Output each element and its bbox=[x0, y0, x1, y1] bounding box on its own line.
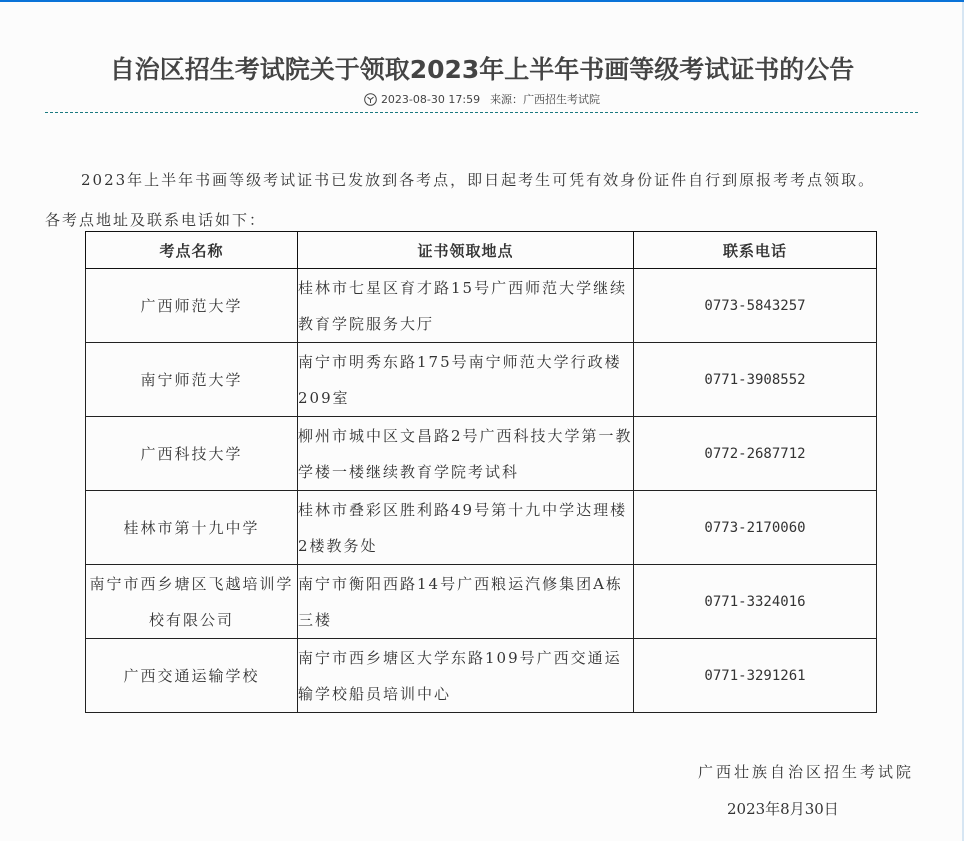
table-header-row: 考点名称 证书领取地点 联系电话 bbox=[86, 232, 877, 269]
dashed-divider bbox=[45, 112, 918, 113]
site-name: 南宁师范大学 bbox=[86, 343, 298, 417]
signature-org: 广西壮族自治区招生考试院 bbox=[698, 761, 914, 782]
site-name: 南宁市西乡塘区飞越培训学校有限公司 bbox=[86, 565, 298, 639]
top-accent-bar bbox=[0, 0, 964, 2]
table-row: 南宁师范大学 南宁市明秀东路175号南宁师范大学行政楼209室 0771-390… bbox=[86, 343, 877, 417]
site-address: 南宁市西乡塘区大学东路109号广西交通运输学校船员培训中心 bbox=[298, 639, 634, 713]
site-name: 桂林市第十九中学 bbox=[86, 491, 298, 565]
header-site-name: 考点名称 bbox=[86, 232, 298, 269]
site-phone: 0773-2170060 bbox=[634, 491, 877, 565]
site-address: 柳州市城中区文昌路2号广西科技大学第一教学楼一楼继续教育学院考试科 bbox=[298, 417, 634, 491]
intro-paragraph: 2023年上半年书画等级考试证书已发放到各考点，即日起考生可凭有效身份证件自行到… bbox=[45, 160, 890, 240]
site-name: 广西科技大学 bbox=[86, 417, 298, 491]
site-phone: 0773-5843257 bbox=[634, 269, 877, 343]
table-row: 广西交通运输学校 南宁市西乡塘区大学东路109号广西交通运输学校船员培训中心 0… bbox=[86, 639, 877, 713]
site-name: 广西交通运输学校 bbox=[86, 639, 298, 713]
publish-datetime: 2023-08-30 17:59 bbox=[381, 93, 480, 106]
table-row: 桂林市第十九中学 桂林市叠彩区胜利路49号第十九中学达理楼2楼教务处 0773-… bbox=[86, 491, 877, 565]
header-pickup-location: 证书领取地点 bbox=[298, 232, 634, 269]
site-address: 南宁市明秀东路175号南宁师范大学行政楼209室 bbox=[298, 343, 634, 417]
site-phone: 0771-3324016 bbox=[634, 565, 877, 639]
clock-icon bbox=[364, 93, 377, 106]
site-address: 桂林市七星区育才路15号广西师范大学继续教育学院服务大厅 bbox=[298, 269, 634, 343]
table-row: 广西师范大学 桂林市七星区育才路15号广西师范大学继续教育学院服务大厅 0773… bbox=[86, 269, 877, 343]
site-address: 桂林市叠彩区胜利路49号第十九中学达理楼2楼教务处 bbox=[298, 491, 634, 565]
signature-date: 2023年8月30日 bbox=[727, 798, 839, 819]
table-row: 广西科技大学 柳州市城中区文昌路2号广西科技大学第一教学楼一楼继续教育学院考试科… bbox=[86, 417, 877, 491]
source-name: 广西招生考试院 bbox=[523, 93, 600, 106]
article-meta: 2023-08-30 17:59来源：广西招生考试院 bbox=[0, 91, 964, 107]
site-address: 南宁市衡阳西路14号广西粮运汽修集团A栋三楼 bbox=[298, 565, 634, 639]
site-phone: 0772-2687712 bbox=[634, 417, 877, 491]
source-label: 来源： bbox=[490, 93, 523, 106]
exam-sites-table: 考点名称 证书领取地点 联系电话 广西师范大学 桂林市七星区育才路15号广西师范… bbox=[85, 231, 877, 713]
site-phone: 0771-3908552 bbox=[634, 343, 877, 417]
site-phone: 0771-3291261 bbox=[634, 639, 877, 713]
table-row: 南宁市西乡塘区飞越培训学校有限公司 南宁市衡阳西路14号广西粮运汽修集团A栋三楼… bbox=[86, 565, 877, 639]
header-phone: 联系电话 bbox=[634, 232, 877, 269]
site-name: 广西师范大学 bbox=[86, 269, 298, 343]
page-title: 自治区招生考试院关于领取2023年上半年书画等级考试证书的公告 bbox=[0, 50, 964, 86]
